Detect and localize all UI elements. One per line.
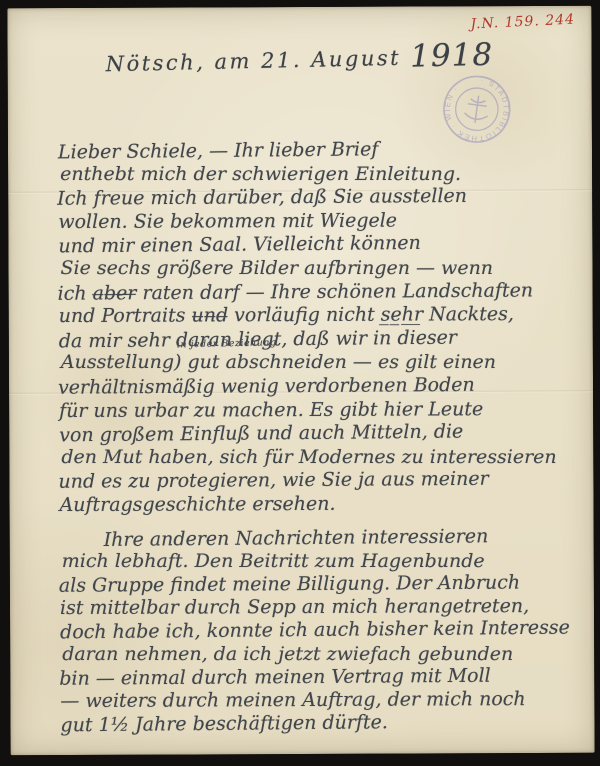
letter-line: bin — einmal durch meinen Vertrag mit Mo… <box>59 664 571 691</box>
letter-line: als Gruppe findet meine Billigung. Der A… <box>59 571 571 598</box>
letter-line: und es zu protegieren, wie Sie ja aus me… <box>58 467 570 494</box>
letter-line: Ich freue mich darüber, daß Sie ausstell… <box>57 184 569 211</box>
letter-line: Lieber Schiele, — Ihr lieber Brief <box>58 136 570 165</box>
letter-line: da mir sehr daran liegt, daß wir in dies… <box>59 325 571 354</box>
letter-line: doch habe ich, konnte ich auch bisher ke… <box>60 617 572 645</box>
paragraph-1: Lieber Schiele, — Ihr lieber Brief enthe… <box>58 138 572 518</box>
letter-line: und mir einen Saal. Vielleicht können <box>58 231 570 260</box>
dateline: Nötsch, am 21. August 1918 <box>105 37 493 81</box>
letter-line: Ihre anderen Nachrichten interessieren <box>60 524 572 552</box>
letter-line: von großem Einfluß und auch Mitteln, die <box>59 420 571 449</box>
letter-line: ich a̶b̶e̶r̶ raten darf — Ihre schönen L… <box>58 279 570 306</box>
letter-line: und Portraits u̶n̶d̶ vorläufig nicht s̲e… <box>59 303 571 329</box>
accession-number: J.N. 159. 244 <box>471 12 576 33</box>
letter-line: Sie sechs größere Bilder aufbringen — we… <box>61 257 573 281</box>
letter-line: Auftragsgeschichte ersehen. <box>59 492 571 518</box>
letter-page: J.N. 159. 244 Nötsch, am 21. August 1918… <box>7 6 594 756</box>
dateline-place-date: Nötsch, am 21. August <box>105 46 401 76</box>
letter-line: Ausstellung) gut abschneiden — es gilt e… <box>61 351 573 375</box>
letter-line: enthebt mich der schwierigen Einleitung. <box>60 163 572 187</box>
letter-line: mich lebhaft. Den Beitritt zum Hagenbund… <box>62 550 574 573</box>
letter-line: gut 1½ Jahre beschäftigen dürfte. <box>60 710 572 738</box>
paragraph-2: Ihre anderen Nachrichten interessieren m… <box>60 525 573 736</box>
letter-line: daran nehmen, da ich jetzt zwiefach gebu… <box>62 642 574 665</box>
letter-line: den Mut haben, sich für Modernes zu inte… <box>61 446 573 470</box>
letter-body: in jeder Beziehung Lieber Schiele, — Ihr… <box>58 138 573 737</box>
letter-line: verhältnismäßig wenig verdorbenen Boden <box>58 373 570 400</box>
stamp-emblem <box>463 94 490 124</box>
